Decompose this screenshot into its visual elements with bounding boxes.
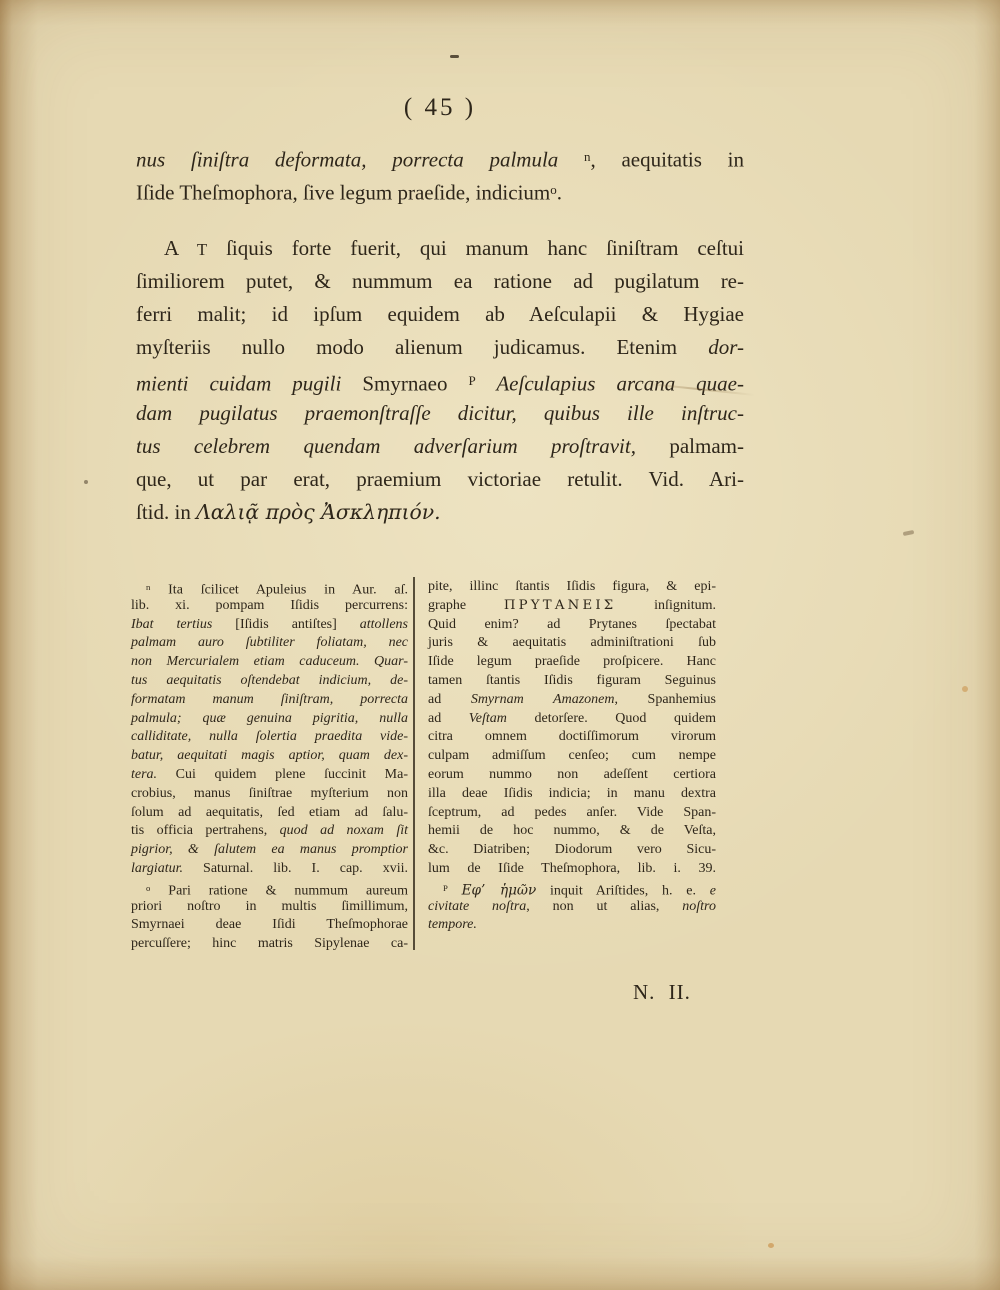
text-segment: Aeſculapius arcana quae- xyxy=(476,371,744,395)
text-line: Iſide legum praeſide proſpicere. Hanc xyxy=(428,653,716,672)
text-segment: . xyxy=(557,180,562,204)
text-segment: Ita ſcilicet Apuleius in Aur. aſ. xyxy=(150,583,408,598)
ink-speck xyxy=(84,480,88,484)
text-segment: Λαλιᾷ πρὸς Ἀσκληπιόν. xyxy=(196,500,441,524)
text-line: crobius, manus ſiniſtrae myſterium non xyxy=(131,785,408,804)
text-segment: palmam- xyxy=(636,434,744,458)
text-line: A T ſiquis forte fuerit, qui manum hanc … xyxy=(136,232,744,265)
signature-mark: N. II. xyxy=(633,980,691,1005)
text-segment: ſimiliorem putet, & nummum ea ratione ad… xyxy=(136,269,744,293)
text-line: &c. Diatriben; Diodorum vero Sicu- xyxy=(428,841,716,860)
text-segment: dor- xyxy=(708,335,744,359)
text-segment: nus ſiniſtra deformata, porrecta palmula xyxy=(136,147,584,171)
text-line: citra omnem doctiſſimorum virorum xyxy=(428,728,716,747)
text-line: myſteriis nullo modo alienum judicamus. … xyxy=(136,331,744,364)
body-paragraph: A T ſiquis forte fuerit, qui manum hanc … xyxy=(136,232,744,529)
text-segment: Quid enim? ad Prytanes ſpectabat xyxy=(428,617,716,632)
text-line: ſtid. in Λαλιᾷ πρὸς Ἀσκληπιόν. xyxy=(136,496,744,529)
text-line: graphe ΠΡΥΤΑΝΕΙΣ inſignitum. xyxy=(428,597,716,616)
text-line: Iſide Theſmophora, ſive legum praeſide, … xyxy=(136,173,744,206)
page-number: ( 45 ) xyxy=(135,94,745,122)
text-segment: lib. xi. pompam Iſidis percurrens: xyxy=(131,598,408,613)
text-segment: noſtro xyxy=(682,899,716,914)
text-segment: dam pugilatus praemonſtraſſe dicitur, qu… xyxy=(136,401,744,425)
text-line: palmula; quæ genuina pigritia, nulla xyxy=(131,710,408,729)
text-line: Quid enim? ad Prytanes ſpectabat xyxy=(428,616,716,635)
text-segment: palmam auro ſubtiliter foliatam, nec xyxy=(131,635,408,650)
text-segment: , aequitatis in xyxy=(591,147,744,171)
text-segment: Veſtam xyxy=(469,711,507,726)
text-segment: batur, aequitati magis aptior, quam dex- xyxy=(131,748,408,763)
text-segment: graphe xyxy=(428,598,504,613)
text-segment: Smyrnam Amazonem xyxy=(471,692,615,707)
text-line: percuſſere; hinc matris Sipylenae ca- xyxy=(131,935,408,954)
text-line: juris & aequitatis adminiſtrationi ſub xyxy=(428,634,716,653)
text-segment: detorſere. Quod quidem xyxy=(507,711,716,726)
text-line: ſolum ad aequitatis, ſed etiam ad ſalu- xyxy=(131,804,408,823)
text-segment: inquit Ariſtides, h. e. xyxy=(536,883,710,898)
text-segment: Iſide Theſmophora, ſive legum praeſide, … xyxy=(136,180,550,204)
text-segment: que, ut par erat, praemium victoriae ret… xyxy=(136,467,744,491)
text-line: tis officia pertrahens, quod ad noxam ſi… xyxy=(131,822,408,841)
text-segment: ſceptrum, ad pedes anſer. Vide Span- xyxy=(428,805,716,820)
paper-stain xyxy=(768,1243,774,1248)
text-line: pigrior, & ſalutem ea manus promptior xyxy=(131,841,408,860)
text-line: lum de Iſide Theſmophora, lib. i. 39. xyxy=(428,860,716,879)
text-segment: myſteriis nullo modo alienum judicamus. … xyxy=(136,335,708,359)
text-line: n Ita ſcilicet Apuleius in Aur. aſ. xyxy=(131,578,408,597)
text-line: ad Veſtam detorſere. Quod quidem xyxy=(428,710,716,729)
text-segment: Smyrnaeo xyxy=(362,371,468,395)
text-line: largiatur. Saturnal. lib. I. cap. xvii. xyxy=(131,860,408,879)
text-line: mienti cuidam pugili Smyrnaeo P Aeſculap… xyxy=(136,364,744,397)
text-line: tus aequitatis oſtendebat indicium, de- xyxy=(131,672,408,691)
text-segment: hemii de hoc nummo, & de Veſta, xyxy=(428,823,716,838)
text-segment: tamen ſtantis Iſidis figuram Seguinus xyxy=(428,673,716,688)
text-segment: inſignitum. xyxy=(616,598,716,613)
text-segment: juris & aequitatis adminiſtrationi ſub xyxy=(428,635,716,650)
text-line: Ibat tertius [Iſidis antiſtes] attollens xyxy=(131,616,408,635)
text-segment: Εφ’ ἡμῶν xyxy=(462,882,537,898)
text-segment: Iſide legum praeſide proſpicere. Hanc xyxy=(428,654,716,669)
ink-speck xyxy=(450,55,459,58)
text-segment: ad xyxy=(428,711,469,726)
text-line: formatam manum ſiniſtram, porrecta xyxy=(131,691,408,710)
text-line: que, ut par erat, praemium victoriae ret… xyxy=(136,463,744,496)
text-segment: tempore. xyxy=(428,917,477,932)
text-segment: civitate noſtra xyxy=(428,899,526,914)
text-line: calliditate, nulla ſolertia praedita vid… xyxy=(131,728,408,747)
text-line: Smyrnaei deae Iſidi Theſmophorae xyxy=(131,916,408,935)
text-segment: &c. Diatriben; Diodorum vero Sicu- xyxy=(428,842,716,857)
text-segment: largiatur. xyxy=(131,861,183,876)
text-line: tamen ſtantis Iſidis figuram Seguinus xyxy=(428,672,716,691)
text-segment: eorum nummo non adeſſent certiora xyxy=(428,767,716,782)
text-segment: culpam admiſſum cenſeo; cum nempe xyxy=(428,748,716,763)
text-line: batur, aequitati magis aptior, quam dex- xyxy=(131,747,408,766)
text-line: ſimiliorem putet, & nummum ea ratione ad… xyxy=(136,265,744,298)
footnote-column-right: pite, illinc ſtantis Iſidis figura, & ep… xyxy=(428,578,716,935)
text-segment: A xyxy=(164,236,197,260)
book-page-scan: { "page": { "number_display": "( 45 )", … xyxy=(0,0,1000,1290)
text-segment: , Spanhemius xyxy=(614,692,716,707)
text-segment: formatam manum ſiniſtram, porrecta xyxy=(131,692,408,707)
footnote-column-left: n Ita ſcilicet Apuleius in Aur. aſ.lib. … xyxy=(131,578,408,954)
text-segment: attollens xyxy=(360,617,408,632)
text-line: ſceptrum, ad pedes anſer. Vide Span- xyxy=(428,804,716,823)
text-segment: e xyxy=(710,883,716,898)
text-line: dam pugilatus praemonſtraſſe dicitur, qu… xyxy=(136,397,744,430)
text-segment: tus aequitatis oſtendebat indicium, de- xyxy=(131,673,408,688)
text-line: palmam auro ſubtiliter foliatam, nec xyxy=(131,634,408,653)
text-segment: Smyrnaei deae Iſidi Theſmophorae xyxy=(131,917,408,932)
text-line: ferri malit; id ipſum equidem ab Aeſcula… xyxy=(136,298,744,331)
text-segment: non Mercurialem etiam caduceum. Quar- xyxy=(131,654,408,669)
text-line: non Mercurialem etiam caduceum. Quar- xyxy=(131,653,408,672)
text-line: eorum nummo non adeſſent certiora xyxy=(428,766,716,785)
text-segment: Cui quidem plene ſuccinit Ma- xyxy=(157,767,408,782)
text-segment: pigrior, & ſalutem ea manus promptior xyxy=(131,842,408,857)
text-segment: [Iſidis antiſtes] xyxy=(235,617,359,632)
text-line: hemii de hoc nummo, & de Veſta, xyxy=(428,822,716,841)
text-segment: ſtid. in xyxy=(136,500,196,524)
intro-paragraph: nus ſiniſtra deformata, porrecta palmula… xyxy=(136,140,744,206)
text-segment: pite, illinc ſtantis Iſidis figura, & ep… xyxy=(428,579,716,594)
text-segment: mienti cuidam pugili xyxy=(136,371,362,395)
text-segment: T xyxy=(197,240,207,259)
text-segment: tus celebrem quendam adverſarium proſtra… xyxy=(136,434,636,458)
paper-stain xyxy=(962,686,968,692)
text-segment: Saturnal. lib. I. cap. xvii. xyxy=(183,861,408,876)
text-segment: palmula; quæ genuina pigritia, nulla xyxy=(131,711,408,726)
text-line: ad Smyrnam Amazonem, Spanhemius xyxy=(428,691,716,710)
text-line: civitate noſtra, non ut alias, noſtro xyxy=(428,898,716,917)
text-line: pite, illinc ſtantis Iſidis figura, & ep… xyxy=(428,578,716,597)
text-segment: citra omnem doctiſſimorum virorum xyxy=(428,729,716,744)
footnote-marker: P xyxy=(468,373,475,388)
text-segment: lum de Iſide Theſmophora, lib. i. 39. xyxy=(428,861,716,876)
text-segment xyxy=(448,883,462,898)
text-segment: percuſſere; hinc matris Sipylenae ca- xyxy=(131,936,408,951)
text-segment: calliditate, nulla ſolertia praedita vid… xyxy=(131,729,408,744)
text-segment: Pari ratione & nummum aureum xyxy=(150,883,408,898)
text-segment: tera. xyxy=(131,767,157,782)
text-segment: crobius, manus ſiniſtrae myſterium non xyxy=(131,786,408,801)
text-line: culpam admiſſum cenſeo; cum nempe xyxy=(428,747,716,766)
text-line: tempore. xyxy=(428,916,716,935)
text-segment: ΠΡΥΤΑΝΕΙΣ xyxy=(504,598,617,613)
text-segment: ſolum ad aequitatis, ſed etiam ad ſalu- xyxy=(131,805,408,820)
text-segment: quod ad noxam ſit xyxy=(280,823,408,838)
column-divider-rule xyxy=(413,577,415,950)
text-segment: , non ut alias, xyxy=(526,899,682,914)
text-segment: ad xyxy=(428,692,471,707)
text-line: nus ſiniſtra deformata, porrecta palmula… xyxy=(136,140,744,173)
text-segment: illa deae Iſidis indicia; in manu dextra xyxy=(428,786,716,801)
text-segment: ferri malit; id ipſum equidem ab Aeſcula… xyxy=(136,302,744,326)
text-line: lib. xi. pompam Iſidis percurrens: xyxy=(131,597,408,616)
text-line: o Pari ratione & nummum aureum xyxy=(131,879,408,898)
ink-speck xyxy=(903,530,915,536)
text-line: tera. Cui quidem plene ſuccinit Ma- xyxy=(131,766,408,785)
text-line: P Εφ’ ἡμῶν inquit Ariſtides, h. e. e xyxy=(428,879,716,898)
text-line: illa deae Iſidis indicia; in manu dextra xyxy=(428,785,716,804)
text-line: priori noſtro in multis ſimillimum, xyxy=(131,898,408,917)
text-segment: priori noſtro in multis ſimillimum, xyxy=(131,899,408,914)
text-line: tus celebrem quendam adverſarium proſtra… xyxy=(136,430,744,463)
text-segment: tis officia pertrahens, xyxy=(131,823,280,838)
text-segment: ſiquis forte fuerit, qui manum hanc ſini… xyxy=(207,236,744,260)
text-segment: Ibat tertius xyxy=(131,617,235,632)
